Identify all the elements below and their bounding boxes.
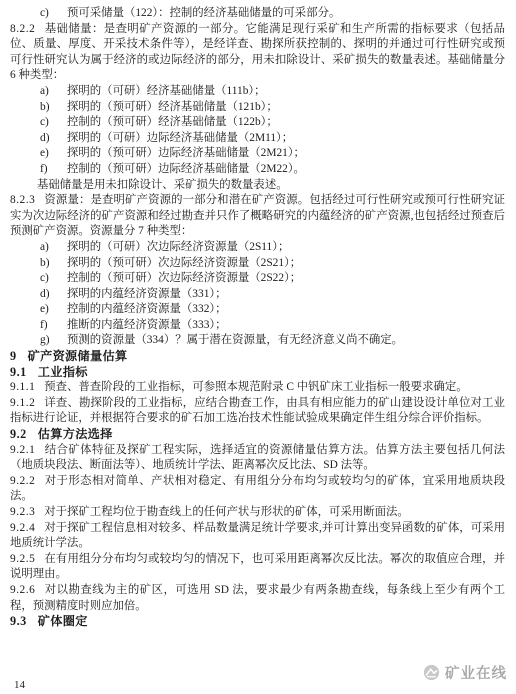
list-item-label: d)	[40, 131, 67, 147]
list-item-label: g)	[40, 333, 67, 349]
clause-number: 9.2.2	[10, 475, 44, 487]
subsection-heading: 9.1工业指标	[10, 365, 505, 381]
paragraph: 9.2.6对以勘查线为主的矿区，可选用 SD 法，要求最少有两条勘查线，每条线上…	[10, 583, 505, 614]
list-item-label: d)	[40, 287, 67, 303]
list-item-text: 控制的（预可研）次边际经济资源量（2S22）；	[67, 272, 301, 284]
list-item: f)控制的（预可研）边际经济基础储量（2M22）。	[10, 162, 505, 178]
paragraph: 9.2.3对于探矿工程均位于勘查线上的任何产状与形状的矿体，可采用断面法。	[10, 505, 505, 521]
clause-number: 9.1.1	[10, 381, 44, 393]
clause-text: 对于探矿工程均位于勘查线上的任何产状与形状的矿体，可采用断面法。	[44, 506, 409, 518]
list-item-label: a)	[40, 240, 67, 256]
list-item-text: 探明的（可研）边际经济基础储量（2M11）；	[67, 132, 293, 144]
list-item-label: e)	[40, 146, 67, 162]
clause-text: 对于探矿工程信息相对较多、样品数量满足统计学要求,并可计算出变异函数的矿体，可采…	[10, 522, 505, 550]
clause-number: 9.2.3	[10, 506, 44, 518]
clause-text: 结合矿体特征及探矿工程实际，选择适宜的资源储量估算方法。估算方法主要包括几何法（…	[10, 444, 505, 472]
subsection-title: 工业指标	[38, 365, 88, 379]
document-body: c)预可采储量（122）：控制的经济基础储量的可采部分。 8.2.2基础储量：是…	[0, 0, 516, 630]
list-item-text: 控制的（预可研）边际经济基础储量（2M22）。	[67, 163, 305, 175]
clause-text: 资源量：是查明矿产资源的一部分和潜在矿产资源。包括经过可行性研究或预可行性研究证…	[10, 194, 505, 237]
subsection-title: 矿体圈定	[38, 614, 88, 628]
list-item-text: 预测的资源量（334）？属于潜在资源量，有无经济意义尚不确定。	[67, 334, 403, 346]
list-item: c)控制的（预可研）经济基础储量（122b）；	[10, 115, 505, 131]
list-item: e)控制的内蕴经济资源量（332）；	[10, 302, 505, 318]
clause-number: 9.2.6	[10, 584, 44, 596]
page-number: 14	[14, 679, 25, 691]
list-item-label: b)	[40, 100, 67, 116]
list-item: b)探明的（预可研）经济基础储量（121b）；	[10, 100, 505, 116]
list-item-label: c)	[40, 115, 67, 131]
paragraph: 8.2.3资源量：是查明矿产资源的一部分和潜在矿产资源。包括经过可行性研究或预可…	[10, 193, 505, 240]
clause-text: 在有用组分分布均匀或较均匀的情况下，也可采用距离幂次反比法。幂次的取值应合理，并…	[10, 553, 505, 581]
subsection-heading: 9.2估算方法选择	[10, 427, 505, 443]
continuation-line: 基础储量是用未扣除设计、采矿损失的数量表述。	[10, 178, 505, 194]
paragraph: 9.2.2对于形态相对简单、产状相对稳定、有用组分分布均匀或较均匀的矿体，宜采用…	[10, 474, 505, 505]
list-item: d)探明的（可研）边际经济基础储量（2M11）；	[10, 131, 505, 147]
section-number: 9	[10, 349, 28, 363]
clause-number: 8.2.3	[10, 194, 44, 206]
list-item: b)探明的（预可研）次边际经济资源量（2S21）；	[10, 256, 505, 272]
clause-text: 预查、普查阶段的工业指标，可参照本规范附录 C 中钒矿床工业指标一般要求确定。	[44, 381, 467, 393]
list-item-label: c)	[40, 271, 67, 287]
paragraph: 9.2.1结合矿体特征及探矿工程实际，选择适宜的资源储量估算方法。估算方法主要包…	[10, 443, 505, 474]
paragraph: 9.2.4对于探矿工程信息相对较多、样品数量满足统计学要求,并可计算出变异函数的…	[10, 521, 505, 552]
list-item-label: e)	[40, 302, 67, 318]
list-item: e)探明的（预可研）边际经济基础储量（2M21）；	[10, 146, 505, 162]
subsection-heading: 9.3矿体圈定	[10, 614, 505, 630]
list-item-text: 探明的内蕴经济资源量（331）；	[67, 288, 226, 300]
paragraph: 9.1.2详查、勘探阶段的工业指标，应结合勘查工作，由具有相应能力的矿山建设设计…	[10, 396, 505, 427]
list-item-text: 预可采储量（122）：控制的经济基础储量的可采部分。	[67, 7, 340, 19]
clause-number: 9.1.2	[10, 397, 44, 409]
subsection-title: 估算方法选择	[38, 427, 113, 441]
list-item-text: 探明的（可研）经济基础储量（111b）；	[67, 85, 266, 97]
section-title: 矿产资源储量估算	[28, 349, 128, 363]
mining-online-logo-icon	[423, 664, 440, 681]
list-item-label: b)	[40, 256, 67, 272]
section-heading: 9矿产资源储量估算	[10, 349, 505, 365]
watermark-text: 矿业在线	[445, 662, 507, 683]
list-item: d)探明的内蕴经济资源量（331）；	[10, 287, 505, 303]
list-item: a)探明的（可研）经济基础储量（111b）；	[10, 84, 505, 100]
list-item-label: c)	[40, 6, 67, 22]
paragraph: 9.2.5在有用组分分布均匀或较均匀的情况下，也可采用距离幂次反比法。幂次的取值…	[10, 552, 505, 583]
list-item: f)推断的内蕴经济资源量（333）；	[10, 318, 505, 334]
clause-number: 8.2.2	[10, 23, 44, 35]
clause-text: 基础储量：是查明矿产资源的一部分。它能满足现行采矿和生产所需的指标要求（包括品位…	[10, 23, 505, 82]
list-item-text: 探明的（可研）次边际经济资源量（2S11）；	[67, 241, 289, 253]
list-item-text: 控制的内蕴经济资源量（332）；	[67, 303, 226, 315]
list-item: c)控制的（预可研）次边际经济资源量（2S22）；	[10, 271, 505, 287]
paragraph: 8.2.2基础储量：是查明矿产资源的一部分。它能满足现行采矿和生产所需的指标要求…	[10, 22, 505, 84]
list-item: c)预可采储量（122）：控制的经济基础储量的可采部分。	[10, 6, 505, 22]
watermark-badge: 矿业在线	[423, 662, 507, 683]
document-page: c)预可采储量（122）：控制的经济基础储量的可采部分。 8.2.2基础储量：是…	[0, 0, 516, 694]
list-item: g)预测的资源量（334）？属于潜在资源量，有无经济意义尚不确定。	[10, 333, 505, 349]
paragraph: 9.1.1预查、普查阶段的工业指标，可参照本规范附录 C 中钒矿床工业指标一般要…	[10, 380, 505, 396]
list-item-label: a)	[40, 84, 67, 100]
list-item-text: 探明的（预可研）经济基础储量（121b）；	[67, 101, 278, 113]
continuation-text: 基础储量是用未扣除设计、采矿损失的数量表述。	[37, 179, 288, 191]
list-item-text: 探明的（预可研）边际经济基础储量（2M21）；	[67, 147, 305, 159]
clause-number: 9.2.4	[10, 522, 44, 534]
list-item: a)探明的（可研）次边际经济资源量（2S11）；	[10, 240, 505, 256]
subsection-number: 9.2	[10, 427, 38, 441]
clause-text: 详查、勘探阶段的工业指标，应结合勘查工作，由具有相应能力的矿山建设设计单位对工业…	[10, 397, 505, 425]
subsection-number: 9.1	[10, 365, 38, 379]
clause-text: 对于形态相对简单、产状相对稳定、有用组分分布均匀或较均匀的矿体，宜采用地质块段法…	[10, 475, 505, 503]
list-item-text: 探明的（预可研）次边际经济资源量（2S21）；	[67, 257, 301, 269]
clause-text: 对以勘查线为主的矿区，可选用 SD 法，要求最少有两条勘查线，每条线上至少有两个…	[10, 584, 505, 612]
subsection-number: 9.3	[10, 614, 38, 628]
list-item-label: f)	[40, 318, 67, 334]
clause-number: 9.2.1	[10, 444, 44, 456]
list-item-label: f)	[40, 162, 67, 178]
list-item-text: 推断的内蕴经济资源量（333）；	[67, 319, 226, 331]
list-item-text: 控制的（预可研）经济基础储量（122b）；	[67, 116, 278, 128]
clause-number: 9.2.5	[10, 553, 44, 565]
